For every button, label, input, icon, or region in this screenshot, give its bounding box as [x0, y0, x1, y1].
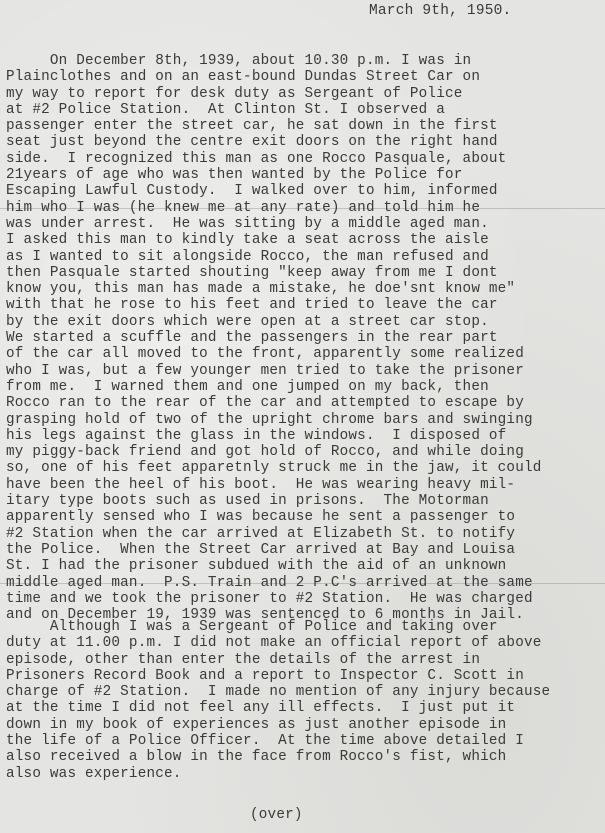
text-line: also received a blow in the face from Ro…: [6, 749, 605, 765]
text-line: know you, this man has made a mistake, h…: [6, 281, 605, 297]
text-line: then Pasquale started shouting "keep awa…: [6, 265, 605, 281]
text-line: #2 Station when the car arrived at Eliza…: [6, 526, 605, 542]
text-line: as I wanted to sit alongside Rocco, the …: [6, 249, 605, 265]
text-line: so, one of his feet apparetnly struck me…: [6, 460, 605, 476]
text-line: the Police. When the Street Car arrived …: [6, 542, 605, 558]
text-line: from me. I warned them and one jumped on…: [6, 379, 605, 395]
text-line: with that he rose to his feet and tried …: [6, 297, 605, 313]
text-line: the life of a Police Officer. At the tim…: [6, 733, 605, 749]
text-line: Although I was a Sergeant of Police and …: [6, 619, 605, 635]
text-line: seat just beyond the centre exit doors o…: [6, 134, 605, 150]
text-line: side. I recognized this man as one Rocco…: [6, 151, 605, 167]
text-line: I asked this man to kindly take a seat a…: [6, 232, 605, 248]
text-line: my piggy-back friend and got hold of Roc…: [6, 444, 605, 460]
text-line: grasping hold of two of the upright chro…: [6, 412, 605, 428]
text-line: by the exit doors which were open at a s…: [6, 314, 605, 330]
text-line: at #2 Police Station. At Clinton St. I o…: [6, 102, 605, 118]
text-line: who I was, but a few younger men tried t…: [6, 363, 605, 379]
text-line: have been the heel of his boot. He was w…: [6, 477, 605, 493]
paragraph-arrest-account: On December 8th, 1939, about 10.30 p.m. …: [6, 53, 605, 623]
text-line: passenger enter the street car, he sat d…: [6, 118, 605, 134]
typed-letter-page: March 9th, 1950. On December 8th, 1939, …: [0, 0, 605, 833]
paragraph-no-report: Although I was a Sergeant of Police and …: [6, 619, 605, 782]
text-line: We started a scuffle and the passengers …: [6, 330, 605, 346]
text-line: Escaping Lawful Custody. I walked over t…: [6, 183, 605, 199]
text-line: time and we took the prisoner to #2 Stat…: [6, 591, 605, 607]
text-line: him who I was (he knew me at any rate) a…: [6, 200, 605, 216]
text-line: at the time I did not feel any ill effec…: [6, 700, 605, 716]
text-line: Rocco ran to the rear of the car and att…: [6, 395, 605, 411]
text-line: duty at 11.00 p.m. I did not make an off…: [6, 635, 605, 651]
text-line: On December 8th, 1939, about 10.30 p.m. …: [6, 53, 605, 69]
text-line: apparently sensed who I was because he s…: [6, 509, 605, 525]
text-line: St. I had the prisoner subdued with the …: [6, 558, 605, 574]
text-line: itary type boots such as used in prisons…: [6, 493, 605, 509]
text-line: his legs against the glass in the window…: [6, 428, 605, 444]
text-line: middle aged man. P.S. Train and 2 P.C's …: [6, 575, 605, 591]
text-line: charge of #2 Station. I made no mention …: [6, 684, 605, 700]
over-note: (over): [250, 807, 303, 823]
text-line: Prisoners Record Book and a report to In…: [6, 668, 605, 684]
text-line: 21years of age who was then wanted by th…: [6, 167, 605, 183]
text-line: my way to report for desk duty as Sergea…: [6, 86, 605, 102]
text-line: of the car all moved to the front, appar…: [6, 346, 605, 362]
text-line: Plainclothes and on an east-bound Dundas…: [6, 69, 605, 85]
text-line: down in my book of experiences as just a…: [6, 717, 605, 733]
text-line: episode, other than enter the details of…: [6, 652, 605, 668]
text-line: was under arrest. He was sitting by a mi…: [6, 216, 605, 232]
text-line: also was experience.: [6, 766, 605, 782]
letter-date: March 9th, 1950.: [369, 3, 511, 19]
